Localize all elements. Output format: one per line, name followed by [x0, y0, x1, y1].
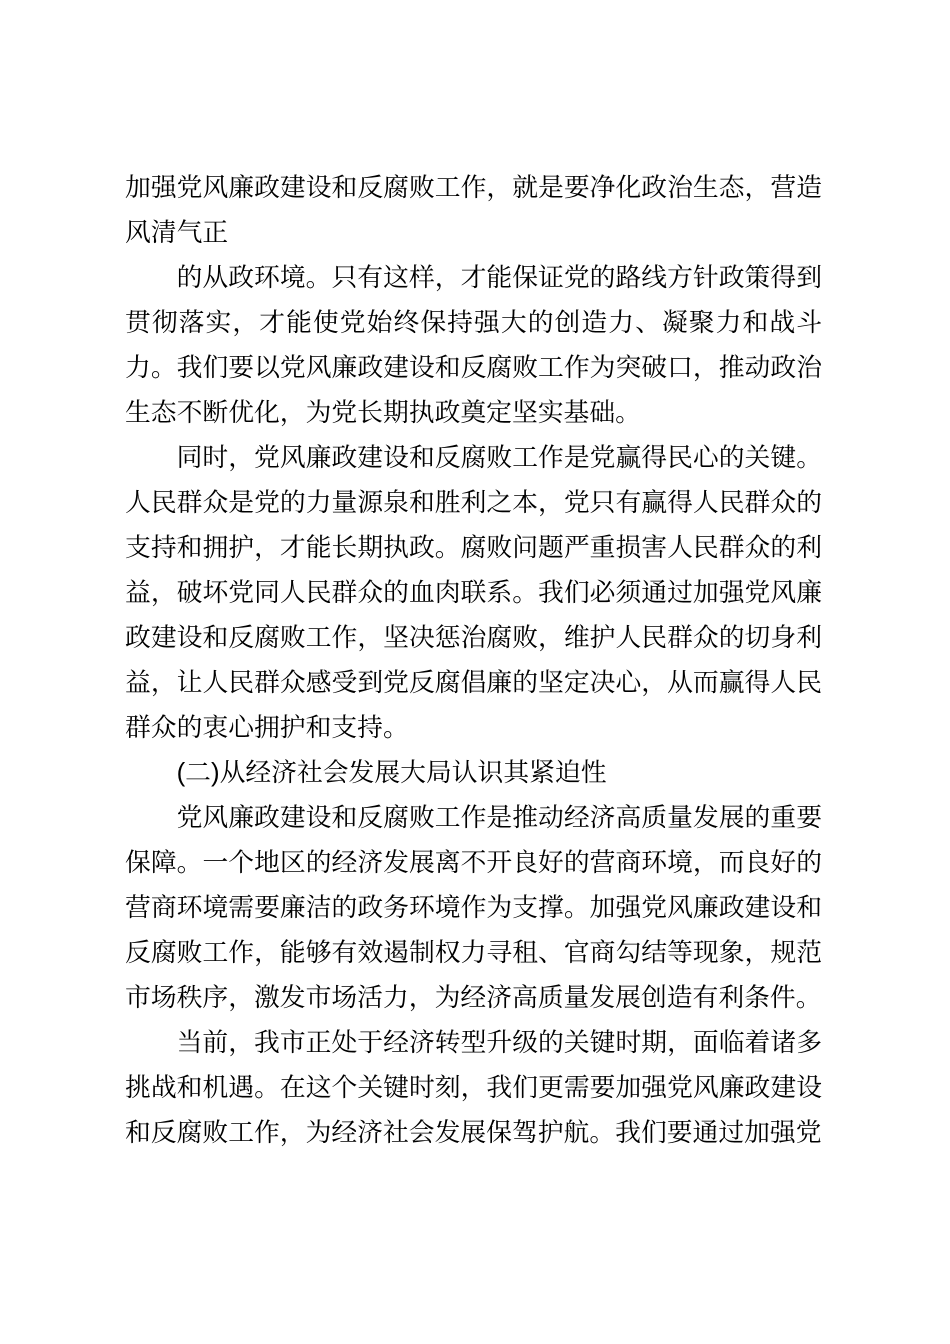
paragraph-economic-development: 党风廉政建设和反腐败工作是推动经济高质量发展的重要保障。一个地区的经济发展离不开… [125, 796, 822, 1021]
paragraph-winning-public-support: 同时，党风廉政建设和反腐败工作是党赢得民心的关键。人民群众是党的力量源泉和胜利之… [125, 436, 822, 751]
document-page: 加强党风廉政建设和反腐败工作，就是要净化政治生态，营造风清气正 的从政环境。只有… [0, 0, 950, 1344]
paragraph-continuation: 加强党风廉政建设和反腐败工作，就是要净化政治生态，营造风清气正 [125, 166, 822, 256]
paragraph-political-ecology: 的从政环境。只有这样，才能保证党的路线方针政策得到贯彻落实，才能使党始终保持强大… [125, 256, 822, 436]
section-heading-economic-social: (二)从经济社会发展大局认识其紧迫性 [125, 751, 822, 796]
paragraph-current-period: 当前，我市正处于经济转型升级的关键时期，面临着诸多挑战和机遇。在这个关键时刻，我… [125, 1021, 822, 1156]
document-body: 加强党风廉政建设和反腐败工作，就是要净化政治生态，营造风清气正 的从政环境。只有… [125, 166, 822, 1156]
